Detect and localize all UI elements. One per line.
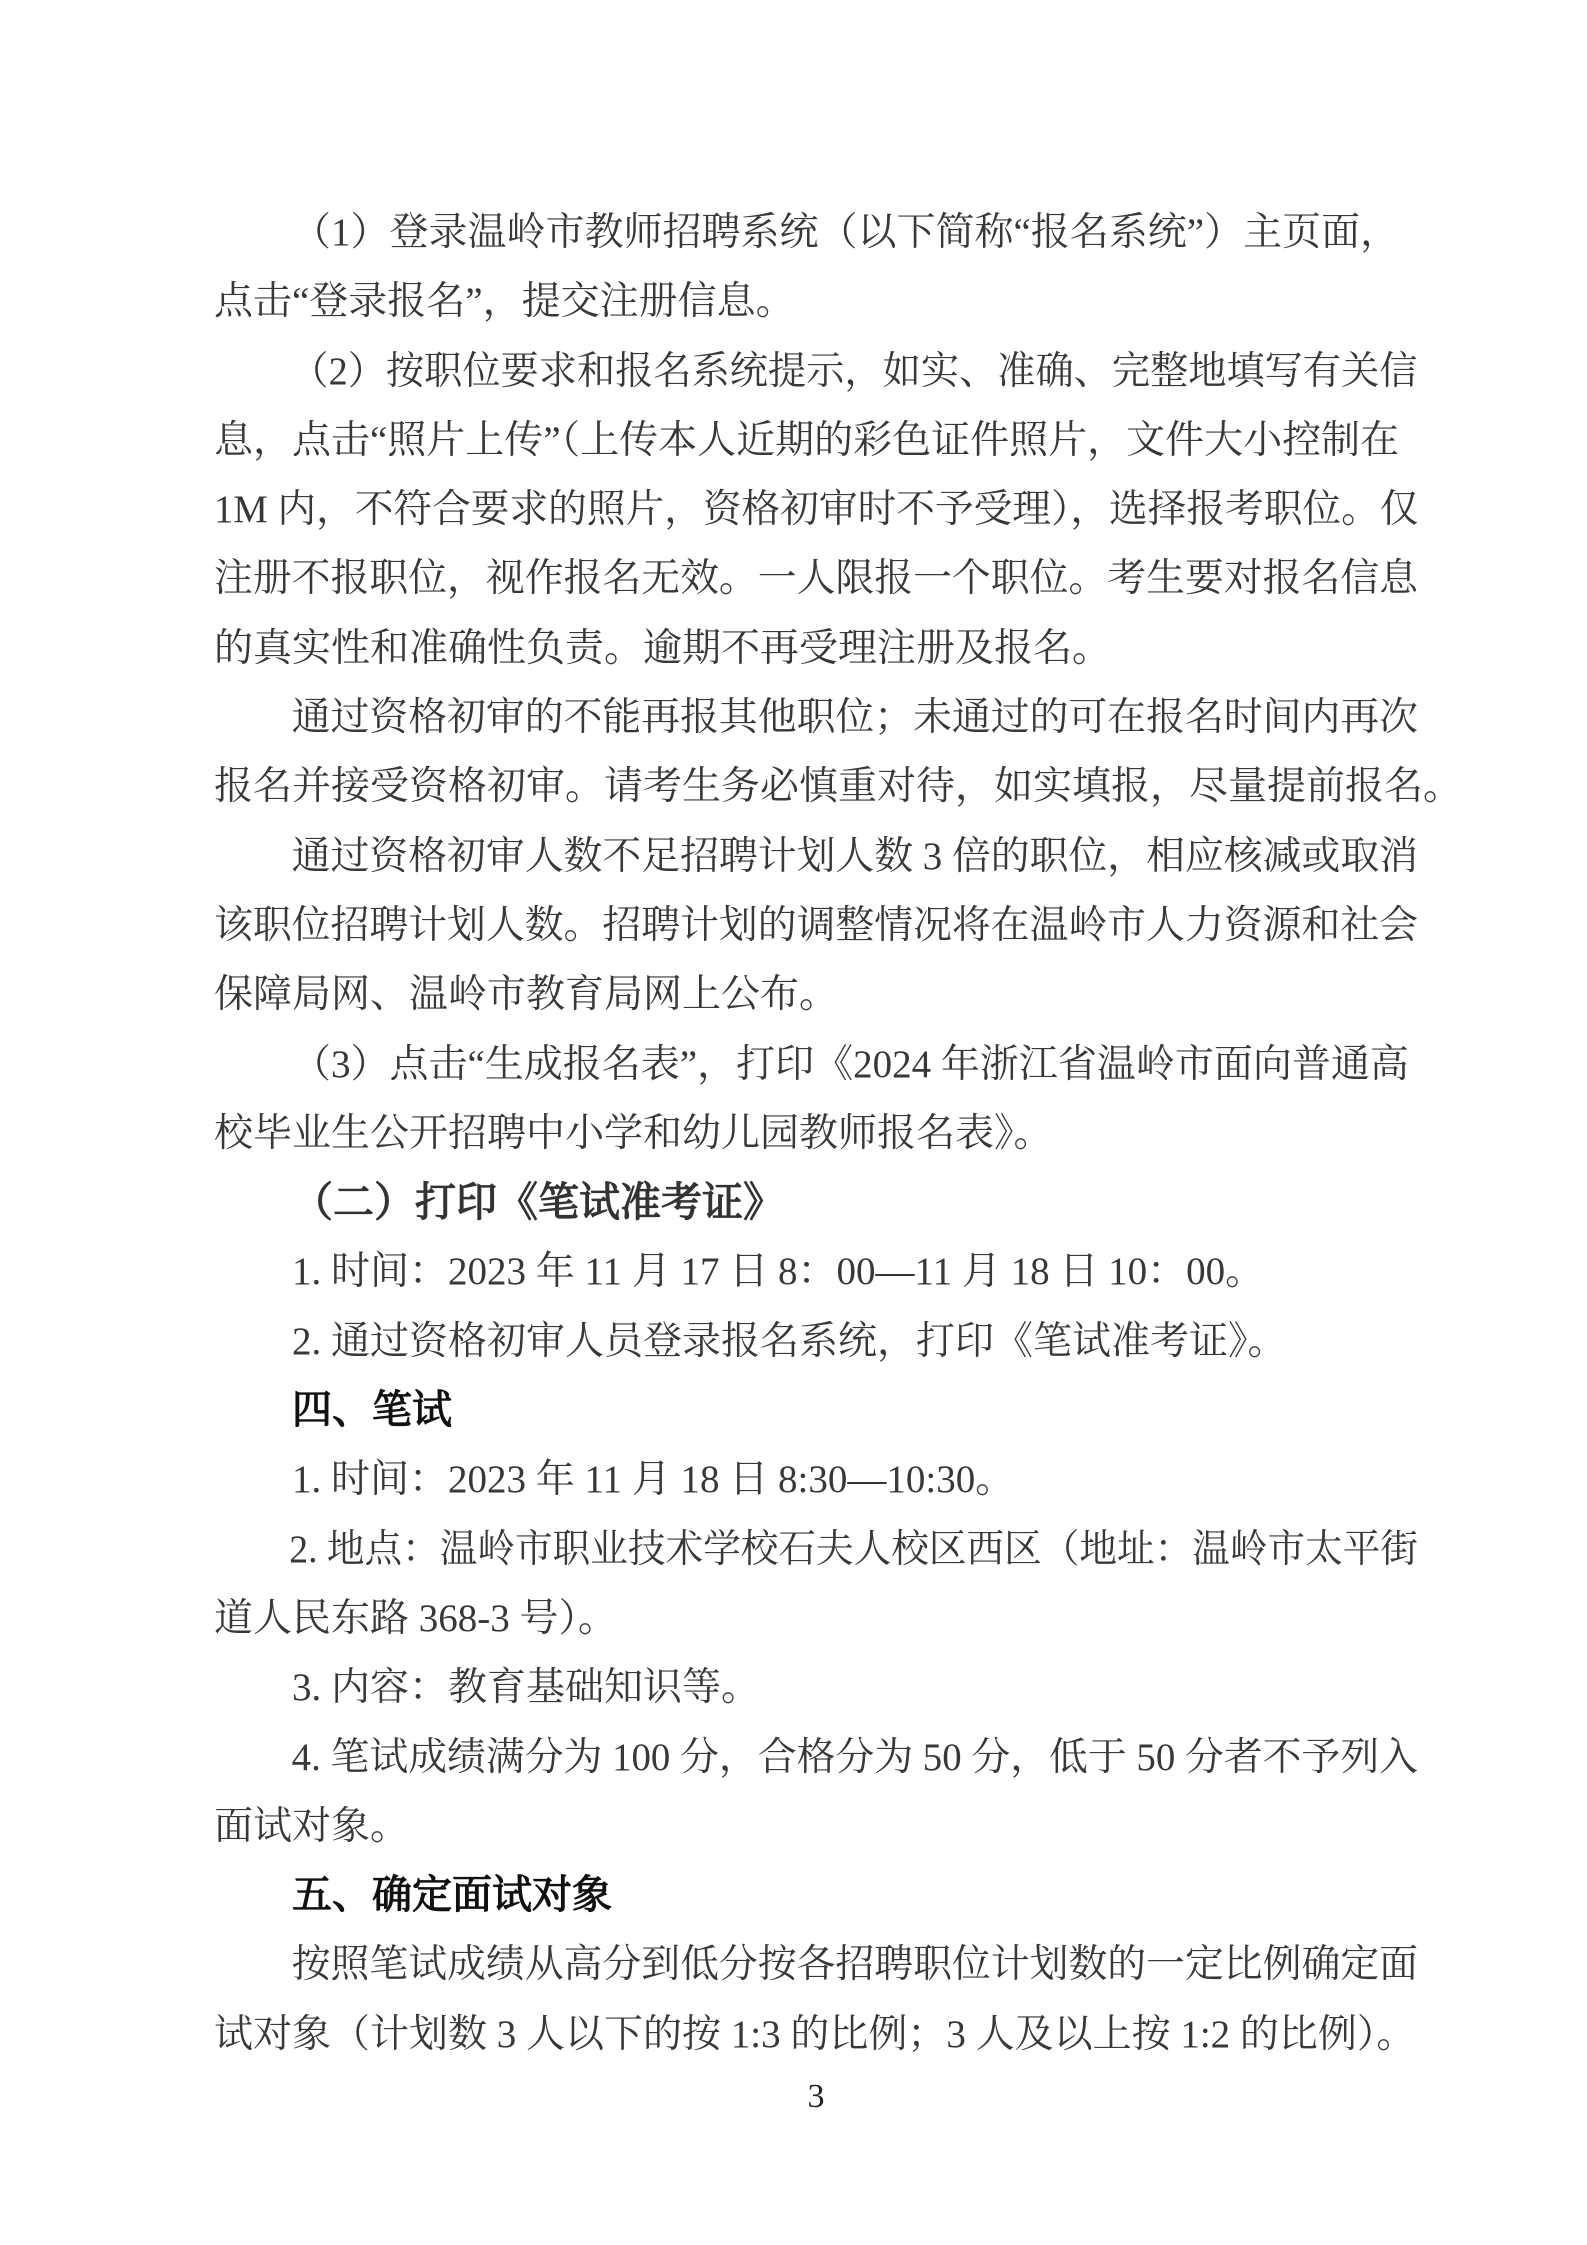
- text-line: 1. 时间：2023 年 11 月 18 日 8:30—10:30。: [214, 1445, 1418, 1514]
- text-line: 校毕业生公开招聘中小学和幼儿园教师报名表》。: [214, 1099, 1418, 1168]
- text-line: 1M 内，不符合要求的照片，资格初审时不予受理），选择报考职位。仅: [214, 475, 1408, 544]
- text-line: 试对象（计划数 3 人以下的按 1:3 的比例；3 人及以上按 1:2 的比例）…: [214, 2000, 1418, 2069]
- text-line: 1. 时间：2023 年 11 月 17 日 8：00—11 月 18 日 10…: [214, 1237, 1418, 1306]
- document-page: （1）登录温岭市教师招聘系统（以下简称“报名系统”）主页面， 点击“登录报名”，…: [0, 0, 1587, 2245]
- text-line: （1）登录温岭市教师招聘系统（以下简称“报名系统”）主页面，: [214, 198, 1418, 267]
- text-line: 报名并接受资格初审。请考生务必慎重对待，如实填报，尽量提前报名。: [214, 752, 1418, 821]
- text-line: 3. 内容：教育基础知识等。: [214, 1653, 1418, 1722]
- text-line: （3）点击“生成报名表”，打印《2024 年浙江省温岭市面向普通高: [214, 1030, 1418, 1099]
- text-line: 4. 笔试成绩满分为 100 分，合格分为 50 分，低于 50 分者不予列入: [214, 1723, 1413, 1792]
- text-line: 的真实性和准确性负责。逾期不再受理注册及报名。: [214, 614, 1418, 683]
- document-body: （1）登录温岭市教师招聘系统（以下简称“报名系统”）主页面， 点击“登录报名”，…: [214, 198, 1418, 2069]
- text-line: 按照笔试成绩从高分到低分按各招聘职位计划数的一定比例确定面: [214, 1930, 1413, 1999]
- text-line: 通过资格初审的不能再报其他职位；未通过的可在报名时间内再次: [214, 683, 1413, 752]
- text-line: 息，点击“照片上传”（上传本人近期的彩色证件照片，文件大小控制在: [214, 406, 1418, 475]
- subheading-print-admission-ticket: （二）打印《笔试准考证》: [214, 1168, 1418, 1237]
- text-line: 通过资格初审人数不足招聘计划人数 3 倍的职位，相应核减或取消: [214, 822, 1413, 891]
- heading-determine-interview-candidates: 五、确定面试对象: [214, 1861, 1418, 1930]
- text-line: （2）按职位要求和报名系统提示，如实、准确、完整地填写有关信: [214, 337, 1394, 406]
- heading-written-exam: 四、笔试: [214, 1376, 1418, 1445]
- text-line: 2. 地点：温岭市职业技术学校石夫人校区西区（地址：温岭市太平街: [214, 1515, 1376, 1584]
- text-line: 注册不报职位，视作报名无效。一人限报一个职位。考生要对报名信息: [214, 544, 1413, 613]
- text-line: 面试对象。: [214, 1792, 1418, 1861]
- page-number: 3: [214, 2078, 1418, 2116]
- text-line: 点击“登录报名”，提交注册信息。: [214, 267, 1418, 336]
- text-line: 该职位招聘计划人数。招聘计划的调整情况将在温岭市人力资源和社会: [214, 891, 1413, 960]
- text-line: 道人民东路 368-3 号）。: [214, 1584, 1418, 1653]
- text-line: 保障局网、温岭市教育局网上公布。: [214, 960, 1418, 1029]
- text-line: 2. 通过资格初审人员登录报名系统，打印《笔试准考证》。: [214, 1307, 1418, 1376]
